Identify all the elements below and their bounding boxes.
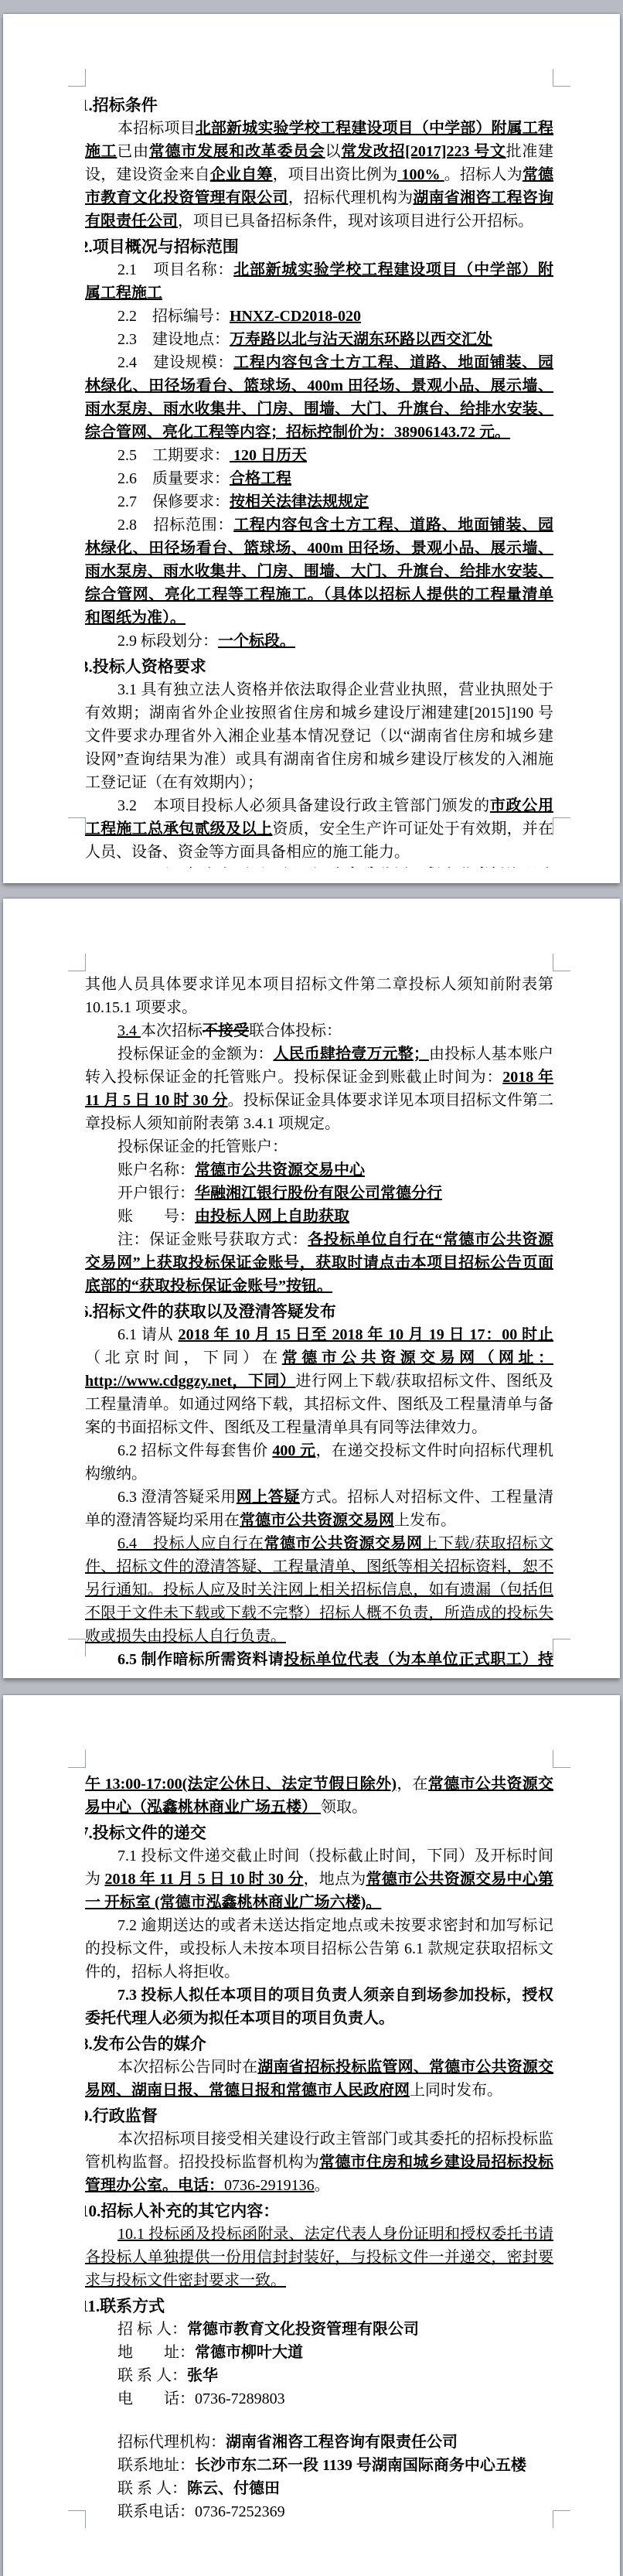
section-heading: 8.发布公告的媒介 [85,2032,553,2056]
paragraph: 6.4 投标人应自行在常德市公共资源交易网上下载/获取招标文件、招标文件的澄清答… [85,1532,553,1648]
text-run: 。 [315,2177,330,2194]
text-run: 联系地址： [117,2457,195,2474]
paragraph: 3.4 本次招标不接受联合体投标： [85,1019,553,1042]
section-heading: 3.投标人资格要求 [85,655,553,678]
page-2-content[interactable]: 其他人员具体要求详见本项目招标文件第二章投标人须知前附表第 10.15.1 项要… [85,973,553,1672]
text-run: 开户银行： [117,1185,195,1202]
text-run: 6.5 制作暗标所需资料请 [117,1651,284,1668]
text-run: （北京时间，下同）在 [85,1349,282,1366]
paragraph: 2.5 工期要求： 120 日历天 [85,444,553,467]
document-canvas: 1.招标条件本招标项目北部新城实验学校工程建设项目（中学部）附属工程施工已由常德… [0,0,623,2576]
paragraph: 联 系 人：陈云、付德田 [85,2477,553,2500]
text-run: 按相关法律法规规定 [230,493,369,510]
text-run: 6.1 请从 [117,1326,179,1343]
text-run: 上发布。 [394,1512,456,1529]
text-run: 2.5 工期要求： [117,447,230,464]
paragraph: 2.3 建设地点：万寿路以北与沾天湖东环路以西交汇处 [85,328,553,351]
section-heading: 9.行政监督 [85,2104,553,2127]
paragraph: 投标保证金的金额为：人民币肆拾壹万元整；由投标人基本账户转入投标保证金的托管账户… [85,1042,553,1135]
text-run: 以 [325,143,342,160]
corner-crop-mark-icon [553,1750,570,1768]
paragraph: 本招标项目北部新城实验学校工程建设项目（中学部）附属工程施工已由常德市发展和改革… [85,117,553,233]
text-run: 120 日历天 [230,447,307,464]
text-run: 领取。 [321,1799,367,1816]
text-run: 常德市教育文化投资管理有限公司 [187,2321,419,2338]
text-run: 10.招标人补充的其它内容： [85,2202,279,2220]
paragraph: 招 标 人：常德市教育文化投资管理有限公司 [85,2318,553,2341]
text-run: 。招标人为 [444,166,523,183]
text-run: ，招标代理机构为 [288,189,414,206]
text-run: 联合体投标： [249,1022,342,1039]
text-run: 6.3 澄清答疑采用 [117,1489,237,1506]
text-run: 2.3 建设地点： [117,331,230,348]
paragraph: 电 话：0736-7289803 [85,2387,553,2411]
text-run: HNXZ-CD2018-020 [230,308,361,325]
section-heading: 11.联系方式 [85,2295,553,2318]
text-run: 本次招标 [141,1022,203,1039]
paragraph: 6.2 招标文件每套售价 400 元，在递交投标文件时向招标代理机构缴纳。 [85,1439,553,1486]
text-run: 联 系 人： [117,2480,187,2497]
text-run: 常德市柳叶大道 [195,2344,303,2361]
text-run: 7.3 投标人拟任本项目的项目负责人须亲自到场参加投标，授权委托代理人必须为拟任… [85,1987,553,2027]
paragraph: 地 址：常德市柳叶大道 [85,2341,553,2364]
paragraph: 3.2 本项目投标人必须具备建设行政主管部门颁发的市政公用工程施工总承包贰级及以… [85,794,553,864]
paragraph: 7.1 投标文件递交截止时间（投标截止时间，下同）及开标时间为 2018 年 1… [85,1844,553,1914]
paragraph: 6.3 澄清答疑采用网上答疑方式。招标人对招标文件、工程量清单的澄清答疑均采用在… [85,1486,553,1532]
text-run: 企业自筹 [210,166,273,183]
text-run: 6.4 投标人应自行在 [117,1535,264,1552]
corner-crop-mark-icon [68,1750,86,1768]
text-run: 3.1 具有独立法人资格并依法取得企业营业执照，营业执照处于有效期；湖南省外企业… [85,681,553,791]
paragraph: 2.1 项目名称：北部新城实验学校工程建设项目（中学部）附属工程施工 [85,258,553,305]
text-run: ，地点为 [304,1871,366,1888]
text-run: 0736-2919136 [224,2177,315,2194]
text-run: 湖南省湘咨工程咨询有限责任公司 [226,2434,458,2451]
text-run: 上同时发布。 [410,2082,502,2099]
text-run: 2.7 保修要求： [117,493,230,510]
text-run: 长沙市东二环一段 1139 号湖南国际商务中心五楼 [195,2457,526,2474]
text-run: 2.9 标段划分： [117,633,218,650]
corner-crop-mark-icon [68,817,86,835]
text-run: 招 标 人： [117,2321,187,2338]
text-run: 陈云、付德田 [187,2480,280,2497]
text-run: 100% [397,166,444,183]
paragraph: 账 号：由投标人网上自助获取 [85,1205,553,1228]
page-3[interactable]: 午 13:00-17:00(法定公休日、法定节假日除外)，在常德市公共资源交易中… [3,1695,620,2576]
paragraph: 6.5 制作暗标所需资料请投标单位代表（为本单位正式职工）持单位介绍信、本人身份… [85,1648,553,1672]
corner-crop-mark-icon [68,1639,86,1656]
text-run: 3.投标人资格要求 [85,657,206,676]
text-run: 投标函及投标函附录、法定代表人身份证明和授权委托书请各投标人单独提供一份用信封封… [85,2226,553,2289]
text-run: 常德市公共资源交易网 [264,1535,422,1552]
text-run: 2.6 质量要求： [117,470,230,487]
text-run: 本招标项目 [117,120,196,137]
text-run: 合格工程 [230,470,291,487]
paragraph: 招标代理机构：湖南省湘咨工程咨询有限责任公司 [85,2431,553,2454]
section-heading: 2.项目概况与招标范围 [85,235,553,258]
text-run: 3.2 本项目投标人必须具备建设行政主管部门颁发的 [117,797,490,814]
text-run: 已由 [117,143,148,160]
text-run: 不接受 [203,1022,249,1039]
paragraph: 2.9 标段划分：一个标段。 [85,629,553,653]
paragraph: 联 系 人：张华 [85,2364,553,2387]
paragraph: 3.3 项目负责人（项目经理）为市政公用工程专业壹级注册建造师执业资格，具备有效… [85,864,553,868]
paragraph: 注：保证金账号获取方式：各投标单位自行在“常德市公共资源交易网”上获取投标保证金… [85,1228,553,1298]
text-run: 本次招标公告同时在 [117,2059,257,2076]
text-run: 账 号： [117,1208,195,1225]
paragraph: 联系地址：长沙市东二环一段 1139 号湖南国际商务中心五楼 [85,2454,553,2477]
page-1[interactable]: 1.招标条件本招标项目北部新城实验学校工程建设项目（中学部）附属工程施工已由常德… [3,14,620,883]
corner-crop-mark-icon [68,954,86,971]
text-run: 市政公用工程 [346,867,441,868]
paragraph: 7.3 投标人拟任本项目的项目负责人须亲自到场参加投标，授权委托代理人必须为拟任… [85,1984,553,2030]
paragraph: 3.1 具有独立法人资格并依法取得企业营业执照，营业执照处于有效期；湖南省外企业… [85,678,553,794]
text-run: 2.2 招标编号： [117,308,230,325]
text-run: 6.招标文件的获取以及澄清答疑发布 [85,1302,336,1321]
paragraph: 午 13:00-17:00(法定公休日、法定节假日除外)，在常德市公共资源交易中… [85,1772,553,1819]
text-run: ，项目已具备招标条件，现对该项目进行公开招标。 [178,213,533,230]
blank-line [85,2411,553,2431]
corner-crop-mark-icon [68,2510,86,2528]
paragraph: 2.8 招标范围：工程内容包含土方工程、道路、地面铺装、园林绿化、田径场看台、篮… [85,513,553,629]
text-run: 注：保证金账号获取方式： [117,1231,308,1248]
text-run: 账户名称： [117,1162,195,1179]
corner-crop-mark-icon [553,1639,570,1656]
text-run: ，项目出资比例为 [273,166,398,183]
text-run: 11.联系方式 [85,2297,165,2315]
text-run: 华融湘江银行股份有限公司常德分行 [195,1185,442,1202]
text-run: 万寿路以北与沾天湖东环路以西交汇处 [230,331,492,348]
text-run: 6.2 招标文件每套售价 [117,1442,272,1459]
text-run: 2018 年 11 月 5 日 10 时 30 分 [104,1871,303,1888]
paragraph: 联系电话：0736-7252369 [85,2500,553,2523]
text-run: 1.招标条件 [85,96,158,114]
text-run: 地 址： [117,2344,195,2361]
text-run: 网上答疑 [237,1489,300,1506]
paragraph: 10.1 投标函及投标函附录、法定代表人身份证明和授权委托书请各投标人单独提供一… [85,2223,553,2292]
text-run: 联 系 人： [117,2367,187,2384]
text-run: 张华 [187,2367,218,2384]
corner-crop-mark-icon [553,2510,570,2528]
text-run: 招标代理机构： [117,2434,226,2451]
text-run: 联系电话：0736-7252369 [117,2503,285,2520]
corner-crop-mark-icon [68,69,86,87]
page-3-content[interactable]: 午 13:00-17:00(法定公休日、法定节假日除外)，在常德市公共资源交易中… [85,1772,553,2561]
text-run: ，在 [397,1776,428,1793]
text-run: 人民币肆拾壹万元整； [273,1046,428,1063]
text-run: 2.项目概况与招标范围 [85,237,239,256]
text-run: 常德市公共资源交易网 [240,1512,394,1529]
paragraph: 2.6 质量要求：合格工程 [85,467,553,490]
paragraph: 2.7 保修要求：按相关法律法规规定 [85,490,553,513]
page-1-content[interactable]: 1.招标条件本招标项目北部新城实验学校工程建设项目（中学部）附属工程施工已由常德… [85,91,553,868]
text-run: 由投标人网上自助获取 [195,1208,349,1225]
text-run: 投标保证金的托管账户： [117,1138,288,1155]
text-run: 3.3 项目负责人（项目经理）为 [117,867,346,868]
text-run: 2.1 项目名称： [117,261,233,278]
paragraph: 本次招标项目接受相关建设行政主管部门或其委托的招标投标监管机构监督。招投投标监督… [85,2127,553,2197]
section-heading: 10.招标人补充的其它内容： [85,2199,553,2223]
corner-crop-mark-icon [553,954,570,971]
text-run: 9.行政监督 [85,2107,158,2125]
section-heading: 7.投标文件的递交 [85,1821,553,1844]
paragraph: 投标保证金的托管账户： [85,1135,553,1158]
section-heading: 1.招标条件 [85,94,553,117]
text-run: 8.发布公告的媒介 [85,2035,206,2053]
paragraph: 账户名称：常德市公共资源交易中心 [85,1158,553,1182]
paragraph: 2.4 建设规模：工程内容包含土方工程、道路、地面铺装、园林绿化、田径场看台、篮… [85,351,553,444]
paragraph: 2.2 招标编号：HNXZ-CD2018-020 [85,305,553,328]
paragraph: 其他人员具体要求详见本项目招标文件第二章投标人须知前附表第 10.15.1 项要… [85,973,553,1019]
text-run: 2018 年 10 月 15 日至 2018 年 10 月 19 日 17：00… [179,1326,553,1343]
text-run: 壹级 [474,867,506,868]
text-run: 专业 [442,867,474,868]
text-run: 7.2 逾期送达的或者未送达指定地点或未按要求密封和加写标记的投标文件，或投标人… [85,1917,553,1981]
text-run: 400 元 [272,1442,315,1459]
corner-crop-mark-icon [553,69,570,87]
text-run: 3.4 [117,1022,141,1039]
corner-crop-mark-icon [553,817,570,835]
text-run: 常德市发展和改革委员会 [149,143,325,160]
paragraph: 6.1 请从 2018 年 10 月 15 日至 2018 年 10 月 19 … [85,1323,553,1439]
paragraph: 开户银行：华融湘江银行股份有限公司常德分行 [85,1182,553,1205]
text-run: 投标保证金的金额为： [117,1046,273,1063]
page-2[interactable]: 其他人员具体要求详见本项目招标文件第二章投标人须知前附表第 10.15.1 项要… [3,899,620,1678]
section-heading: 6.招标文件的获取以及澄清答疑发布 [85,1300,553,1323]
text-run: 2.4 建设规模： [117,354,233,371]
text-run: 电 话：0736-7289803 [117,2390,285,2407]
text-run: 10.1 [117,2226,148,2243]
text-run: 常德市公共资源交易中心 [195,1162,365,1179]
text-run: 2.8 招标范围： [117,517,233,534]
text-run: 其他人员具体要求详见本项目招标文件第二章投标人须知前附表第 10.15.1 项要… [85,976,553,1016]
paragraph: 本次招标公告同时在湖南省招标投标监管网、常德市公共资源交易网、湖南日报、常德日报… [85,2056,553,2102]
text-run: 午 13:00-17:00(法定公休日、法定节假日除外) [85,1776,397,1793]
text-run: 一个标段。 [218,633,295,650]
paragraph: 7.2 逾期送达的或者未送达指定地点或未按要求密封和加写标记的投标文件，或投标人… [85,1914,553,1984]
text-run: 7.投标文件的递交 [85,1824,206,1842]
text-run: 常发改招[2017]223 号文 [341,143,506,160]
